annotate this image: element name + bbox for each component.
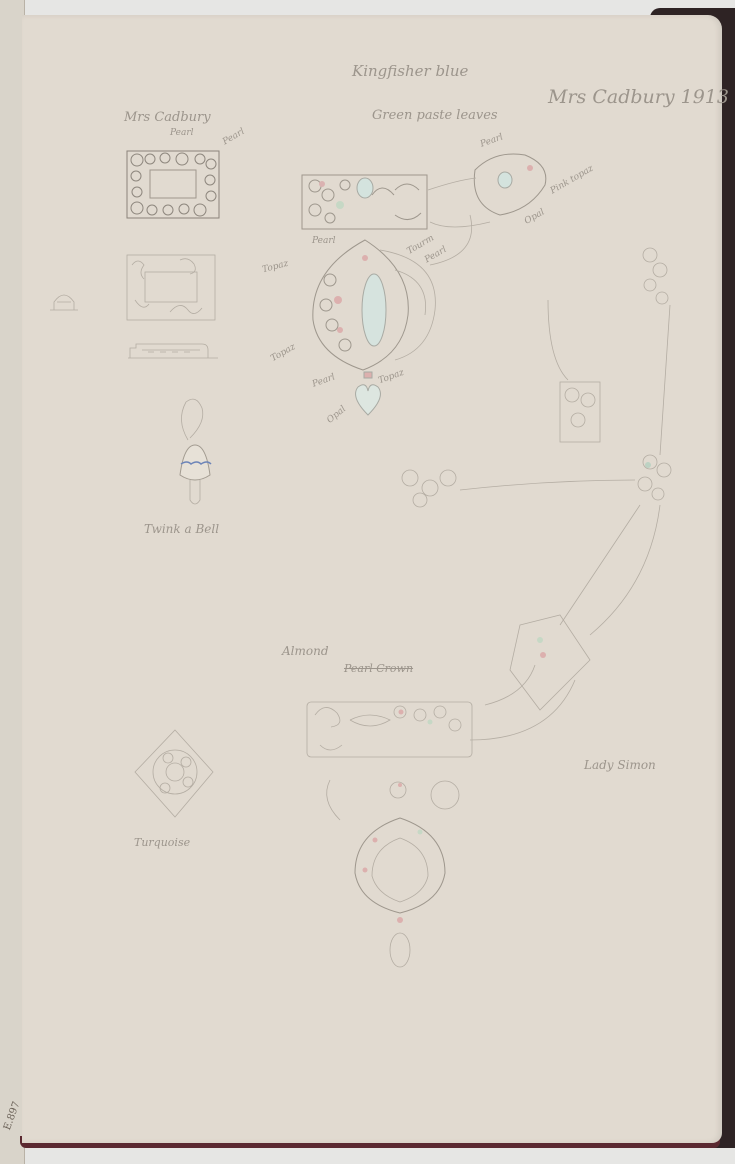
turquoise-brooch-sketch — [135, 730, 213, 817]
bell-earring-sketch — [180, 399, 211, 504]
almond-brooch-sketch — [307, 702, 472, 967]
framed-brooch-sketch — [127, 151, 219, 218]
main-brooch-bar-sketch — [302, 175, 427, 229]
side-profile-sketch — [128, 344, 218, 358]
leaf-clasp-sketch — [428, 154, 546, 265]
scroll-frame-sketch — [127, 255, 215, 320]
necklace-chain-sketch — [402, 248, 671, 740]
main-pendant-sketch — [313, 240, 436, 415]
clasp-sketch — [50, 295, 78, 310]
jewellery-sketches — [0, 0, 735, 1164]
